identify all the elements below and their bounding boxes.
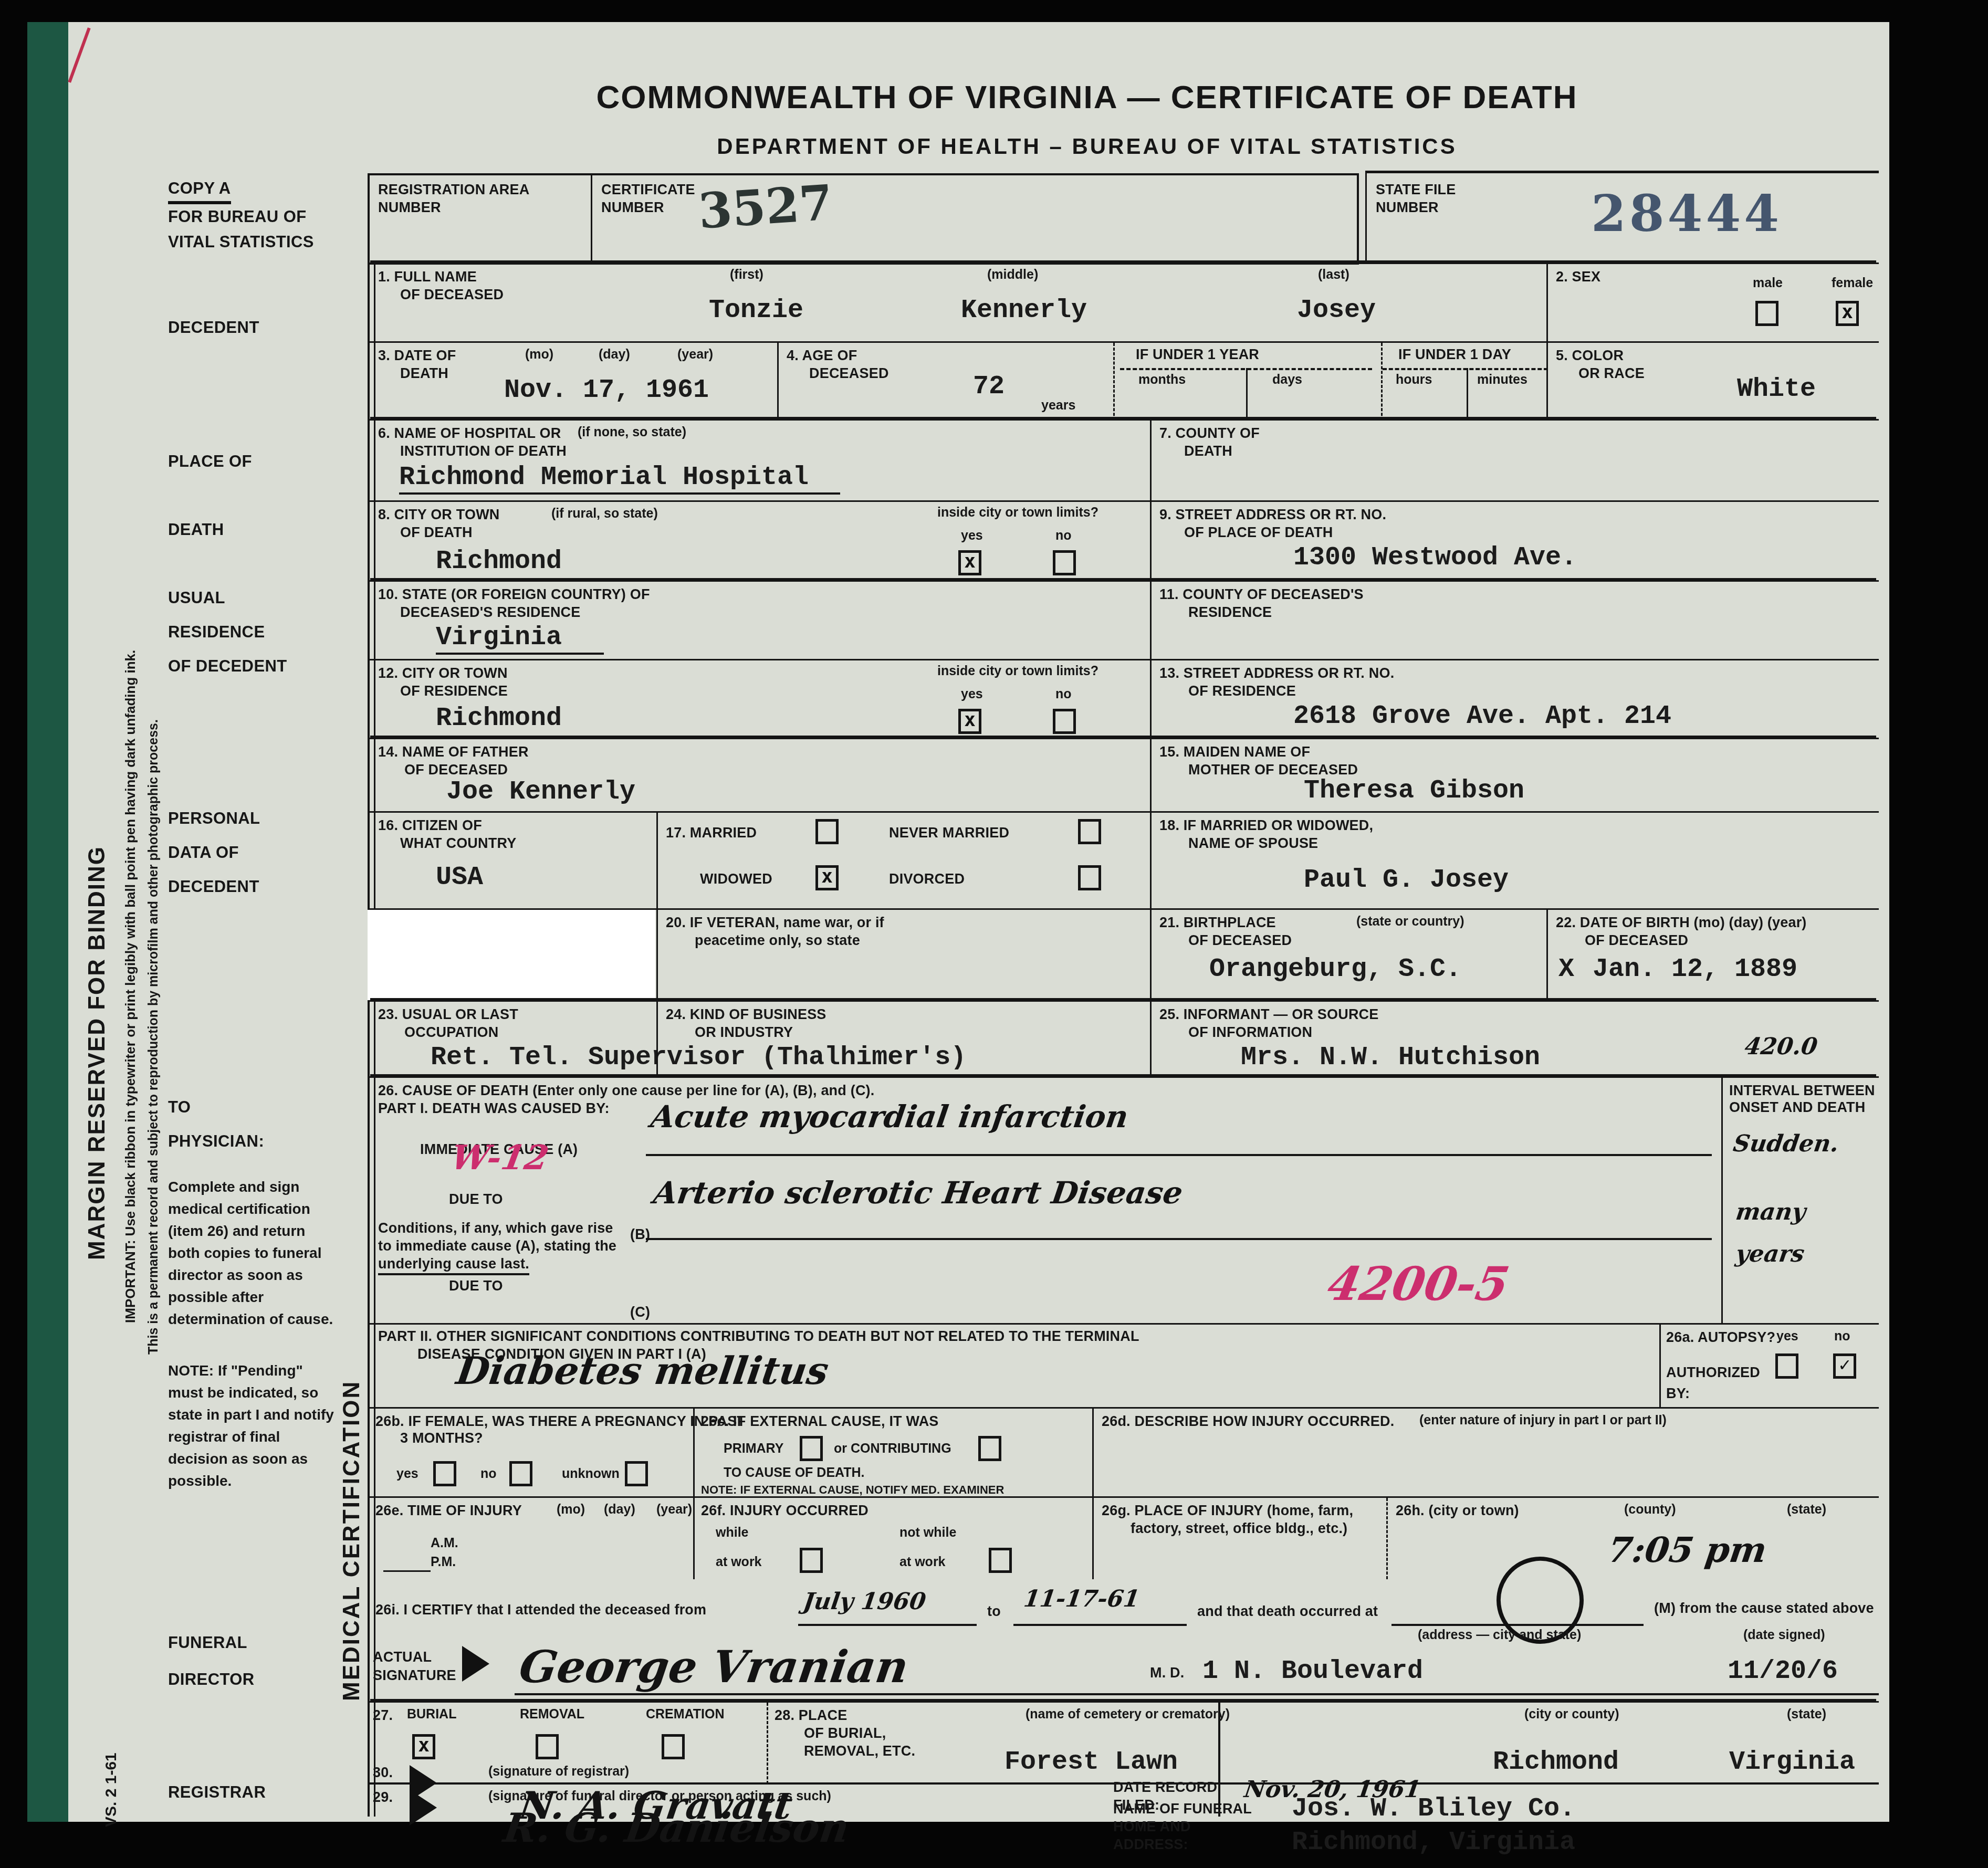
interval-column: INTERVAL BETWEEN ONSET AND DEATH Sudden.…: [1721, 1078, 1879, 1325]
business-cell: 24. KIND OF BUSINESS OR INDUSTRY: [656, 1002, 1150, 1078]
color-race-value: White: [1737, 374, 1816, 404]
mother-value: Theresa Gibson: [1304, 776, 1524, 806]
part2-section: PART II. OTHER SIGNIFICANT CONDITIONS CO…: [368, 1323, 1879, 1407]
mother-cell: 15. MAIDEN NAME OF MOTHER OF DECEASED Th…: [1150, 739, 1879, 813]
state-file-label: STATE FILE NUMBER: [1376, 181, 1491, 217]
row-death-date: 3. DATE OF DEATH (mo) (day) (year) Nov. …: [368, 341, 1879, 419]
dob-cell: 22. DATE OF BIRTH (mo) (day) (year) OF D…: [1546, 910, 1879, 1002]
copy-label: COPY A FOR BUREAU OF VITAL STATISTICS: [168, 176, 314, 255]
pregnancy-no-checkbox: [509, 1461, 532, 1486]
certificate-title: COMMONWEALTH OF VIRGINIA — CERTIFICATE O…: [378, 79, 1796, 116]
margin-binding-text: MARGIN RESERVED FOR BINDING: [84, 578, 110, 1260]
citizen-value: USA: [436, 863, 483, 893]
color-race-cell: 5. COLOR OR RACE White: [1546, 343, 1879, 421]
row-occupation: 23. USUAL OR LAST OCCUPATION Ret. Tel. S…: [368, 1000, 1879, 1076]
dob-strike-mark: X: [1558, 954, 1572, 984]
md-address-value: 1 N. Boulevard: [1202, 1656, 1423, 1686]
row-26b-26d: 26b. IF FEMALE, WAS THERE A PREGNANCY IN…: [368, 1407, 1879, 1496]
citizen-label: 16. CITIZEN OF: [378, 817, 482, 835]
attended-from-value: July 1960: [801, 1588, 927, 1615]
cremation-checkbox: [662, 1734, 685, 1759]
name-middle: Kennerly: [961, 296, 1087, 326]
registrar-item-label: 30.: [373, 1764, 393, 1782]
sex-female-checkbox: x: [1836, 301, 1859, 326]
sex-cell: 2. SEX male female x: [1546, 264, 1879, 343]
city-of-death-label: 8. CITY OR TOWN: [378, 506, 500, 524]
date-filed-value: Nov. 20, 1961: [1242, 1776, 1422, 1803]
interval-b-value1: many: [1734, 1199, 1807, 1225]
row-hospital: 6. NAME OF HOSPITAL OR (if none, so stat…: [368, 419, 1879, 500]
side-decedent: DECEDENT: [168, 315, 259, 340]
certificate-number-value: 3527: [697, 174, 835, 240]
side-to: TO: [168, 1095, 191, 1120]
injury-location-cell: 26h. (city or town) (county) (state) 7:0…: [1386, 1498, 1879, 1579]
city-of-death-value: Richmond: [436, 547, 562, 576]
veteran-cell: 20. IF VETERAN, name war, or if peacetim…: [656, 910, 1150, 1002]
name-first: Tonzie: [709, 296, 803, 326]
divorced-checkbox: [1078, 865, 1101, 890]
side-residence: RESIDENCE: [168, 620, 265, 645]
never-married-checkbox: [1078, 819, 1101, 844]
side-death: DEATH: [168, 517, 224, 542]
street-of-death-value: 1300 Westwood Ave.: [1293, 543, 1577, 573]
widowed-checkbox: x: [815, 865, 839, 890]
date-of-death-value: Nov. 17, 1961: [504, 375, 709, 405]
pregnancy-label: 26b. IF FEMALE, WAS THERE A PREGNANCY IN…: [375, 1413, 746, 1431]
side-of-decedent: OF DECEDENT: [168, 654, 287, 679]
marital-cell: 17. MARRIED NEVER MARRIED WIDOWED x DIVO…: [656, 813, 1150, 910]
medical-certification-vertical: MEDICAL CERTIFICATION: [339, 1045, 365, 1701]
dob-value: Jan. 12, 1889: [1593, 954, 1797, 984]
cause-b-value: Arterio sclerotic Heart Disease: [651, 1175, 1185, 1211]
physician-signature: George Vranian: [516, 1641, 912, 1693]
row-registrar: 30. (signature of registrar) N. A. Grava…: [368, 1758, 1879, 1821]
spouse-value: Paul G. Josey: [1304, 865, 1509, 895]
row-citizen-marital: 16. CITIZEN OF WHAT COUNTRY USA 17. MARR…: [368, 811, 1879, 908]
autopsy-yes-checkbox: [1775, 1353, 1798, 1379]
registration-area-label: REGISTRATION AREA NUMBER: [378, 181, 551, 217]
registrar-signature: N. A. Gravatt: [517, 1783, 795, 1828]
time-of-injury-label: 26e. TIME OF INJURY: [375, 1502, 522, 1520]
date-signed-value: 11/20/6: [1728, 1656, 1838, 1686]
while-at-work-checkbox: [800, 1548, 823, 1573]
row-state-residence: 10. STATE (OR FOREIGN COUNTRY) OF DECEAS…: [368, 580, 1879, 659]
margin-permanent-text: This is a permanent record and subject t…: [146, 305, 161, 1355]
death-certificate-scan: { "header": { "title": "COMMONWEALTH OF …: [0, 0, 1988, 1868]
external-cause-cell: 26c. IF EXTERNAL CAUSE, IT WAS PRIMARY o…: [693, 1409, 1092, 1498]
autopsy-cell: 26a. AUTOPSY? yes no ✓ AUTHORIZED BY:: [1659, 1325, 1879, 1409]
arrow-marker-registrar: [410, 1765, 437, 1801]
physician-note: Complete and sign medical certification …: [168, 1176, 336, 1330]
county-residence-cell: 11. COUNTY OF DECEASED'S RESIDENCE: [1150, 582, 1879, 660]
side-data-of: DATA OF: [168, 840, 239, 865]
limits-residence-yes-checkbox: x: [958, 709, 981, 734]
side-place-of: PLACE OF: [168, 449, 252, 474]
row-certify: 26i. I CERTIFY that I attended the decea…: [368, 1578, 1879, 1641]
county-of-death-cell: 7. COUNTY OF DEATH: [1150, 421, 1879, 502]
if-under-1-year-cell: IF UNDER 1 YEAR months days: [1113, 343, 1381, 421]
interval-b-value2: years: [1734, 1241, 1806, 1267]
certify-label: 26i. I CERTIFY that I attended the decea…: [375, 1601, 706, 1619]
external-contributing-checkbox: [978, 1436, 1001, 1461]
describe-injury-cell: 26d. DESCRIBE HOW INJURY OCCURRED. (ente…: [1092, 1409, 1879, 1498]
father-value: Joe Kennerly: [446, 777, 635, 807]
if-under-1-day-cell: IF UNDER 1 DAY hours minutes: [1381, 343, 1546, 421]
part2-label: PART II. OTHER SIGNIFICANT CONDITIONS CO…: [378, 1328, 1139, 1346]
married-checkbox: [815, 819, 839, 844]
hospital-label: 6. NAME OF HOSPITAL OR: [378, 425, 561, 443]
city-residence-value: Richmond: [436, 704, 562, 733]
row-signature: ACTUAL SIGNATURE George Vranian M. D. 1 …: [368, 1641, 1879, 1701]
form-number: VS. 2 1-61: [102, 1670, 120, 1827]
death-time-handwriting: 7:05 pm: [1606, 1529, 1770, 1570]
informant-value: Mrs. N.W. Hutchison: [1241, 1043, 1540, 1073]
limits-residence-no-checkbox: [1053, 709, 1076, 734]
cause-of-death-label: 26. CAUSE OF DEATH (Enter only one cause…: [378, 1082, 875, 1100]
birthplace-cell: 21. BIRTHPLACE (state or country) OF DEC…: [1150, 910, 1546, 1002]
informant-cell: 25. INFORMANT — OR SOURCE OF INFORMATION…: [1150, 1002, 1879, 1078]
side-usual: USUAL: [168, 585, 225, 611]
state-residence-value: Virginia: [436, 623, 604, 655]
injury-occurred-cell: 26f. INJURY OCCURRED while at work not w…: [693, 1498, 1092, 1579]
age-value: 72: [973, 372, 1005, 402]
date-of-death-label: 3. DATE OF: [378, 347, 456, 365]
code-420-annotation: 420.0: [1743, 1033, 1819, 1060]
removal-checkbox: [536, 1734, 559, 1759]
pink-code-4200-5: 4200-5: [1324, 1256, 1513, 1311]
name-last: Josey: [1297, 296, 1376, 326]
side-director: DIRECTOR: [168, 1667, 255, 1692]
full-name-label: 1. FULL NAME: [378, 268, 477, 286]
limits-death-yes-checkbox: x: [958, 550, 981, 575]
cause-of-death-section: 26. CAUSE OF DEATH (Enter only one cause…: [368, 1076, 1879, 1323]
row-city-residence: 12. CITY OR TOWN OF RESIDENCE Richmond i…: [368, 659, 1879, 738]
spouse-cell: 18. IF MARRIED OR WIDOWED, NAME OF SPOUS…: [1150, 813, 1879, 910]
age-cell: 4. AGE OF DECEASED 72 years: [777, 343, 1113, 421]
funeral-home-city-value: Richmond, Virginia: [1292, 1828, 1575, 1857]
pending-note: NOTE: If "Pending" must be indicated, so…: [168, 1360, 341, 1492]
father-label: 14. NAME OF FATHER: [378, 743, 529, 761]
certificate-subtitle: DEPARTMENT OF HEALTH – BUREAU OF VITAL S…: [378, 134, 1796, 159]
sex-male-checkbox: [1755, 301, 1778, 326]
row-name-sex: 1. FULL NAME OF DECEASED (first) (middle…: [368, 263, 1879, 341]
attended-to-value: 11-17-61: [1022, 1586, 1141, 1612]
side-personal: PERSONAL: [168, 806, 260, 831]
burial-item-label: 27.: [373, 1707, 393, 1725]
not-while-at-work-checkbox: [989, 1548, 1012, 1573]
cause-a-value: Acute myocardial infarction: [648, 1099, 1131, 1135]
state-file-value: 28444: [1591, 184, 1782, 243]
row-city-of-death: 8. CITY OR TOWN (if rural, so state) OF …: [368, 500, 1879, 580]
limits-death-no-checkbox: [1053, 550, 1076, 575]
redaction-box: [368, 910, 655, 1000]
row-parents: 14. NAME OF FATHER OF DECEASED Joe Kenne…: [368, 738, 1879, 811]
row-26e-26h: 26e. TIME OF INJURY (mo) (day) (year) A.…: [368, 1496, 1879, 1578]
part2-value: Diabetes mellitus: [454, 1348, 831, 1393]
side-funeral: FUNERAL: [168, 1630, 247, 1655]
row-birthplace-dob: 20. IF VETERAN, name war, or if peacetim…: [368, 908, 1879, 1000]
pregnancy-yes-checkbox: [433, 1461, 456, 1486]
place-of-injury-cell: 26g. PLACE OF INJURY (home, farm, factor…: [1092, 1498, 1386, 1579]
external-primary-checkbox: [800, 1436, 823, 1461]
side-decedent2: DECEDENT: [168, 874, 259, 899]
arrow-marker-signature: [462, 1646, 489, 1682]
street-of-death-cell: 9. STREET ADDRESS OR RT. NO. OF PLACE OF…: [1150, 502, 1879, 582]
burial-checkbox: x: [412, 1734, 435, 1759]
city-residence-label: 12. CITY OR TOWN: [378, 665, 508, 683]
actual-signature-label: ACTUAL: [373, 1649, 432, 1666]
pregnancy-unknown-checkbox: [625, 1461, 648, 1486]
street-residence-cell: 13. STREET ADDRESS OR RT. NO. OF RESIDEN…: [1150, 660, 1879, 739]
hospital-value: Richmond Memorial Hospital: [399, 463, 840, 495]
side-registrar: REGISTRAR: [168, 1780, 266, 1805]
pink-code-w12: W-12: [448, 1138, 551, 1178]
state-residence-label: 10. STATE (OR FOREIGN COUNTRY) OF: [378, 586, 650, 604]
street-residence-value: 2618 Grove Ave. Apt. 214: [1293, 701, 1671, 731]
green-binding-strip: [27, 22, 68, 1822]
occupation-label: 23. USUAL OR LAST: [378, 1006, 518, 1024]
birthplace-value: Orangeburg, S.C.: [1209, 954, 1461, 984]
interval-a-value: Sudden.: [1731, 1130, 1840, 1157]
autopsy-no-checkbox: ✓: [1833, 1353, 1856, 1379]
side-physician: PHYSICIAN:: [168, 1129, 264, 1154]
margin-important-text: IMPORTANT: Use black ribbon in typewrite…: [122, 116, 139, 1323]
